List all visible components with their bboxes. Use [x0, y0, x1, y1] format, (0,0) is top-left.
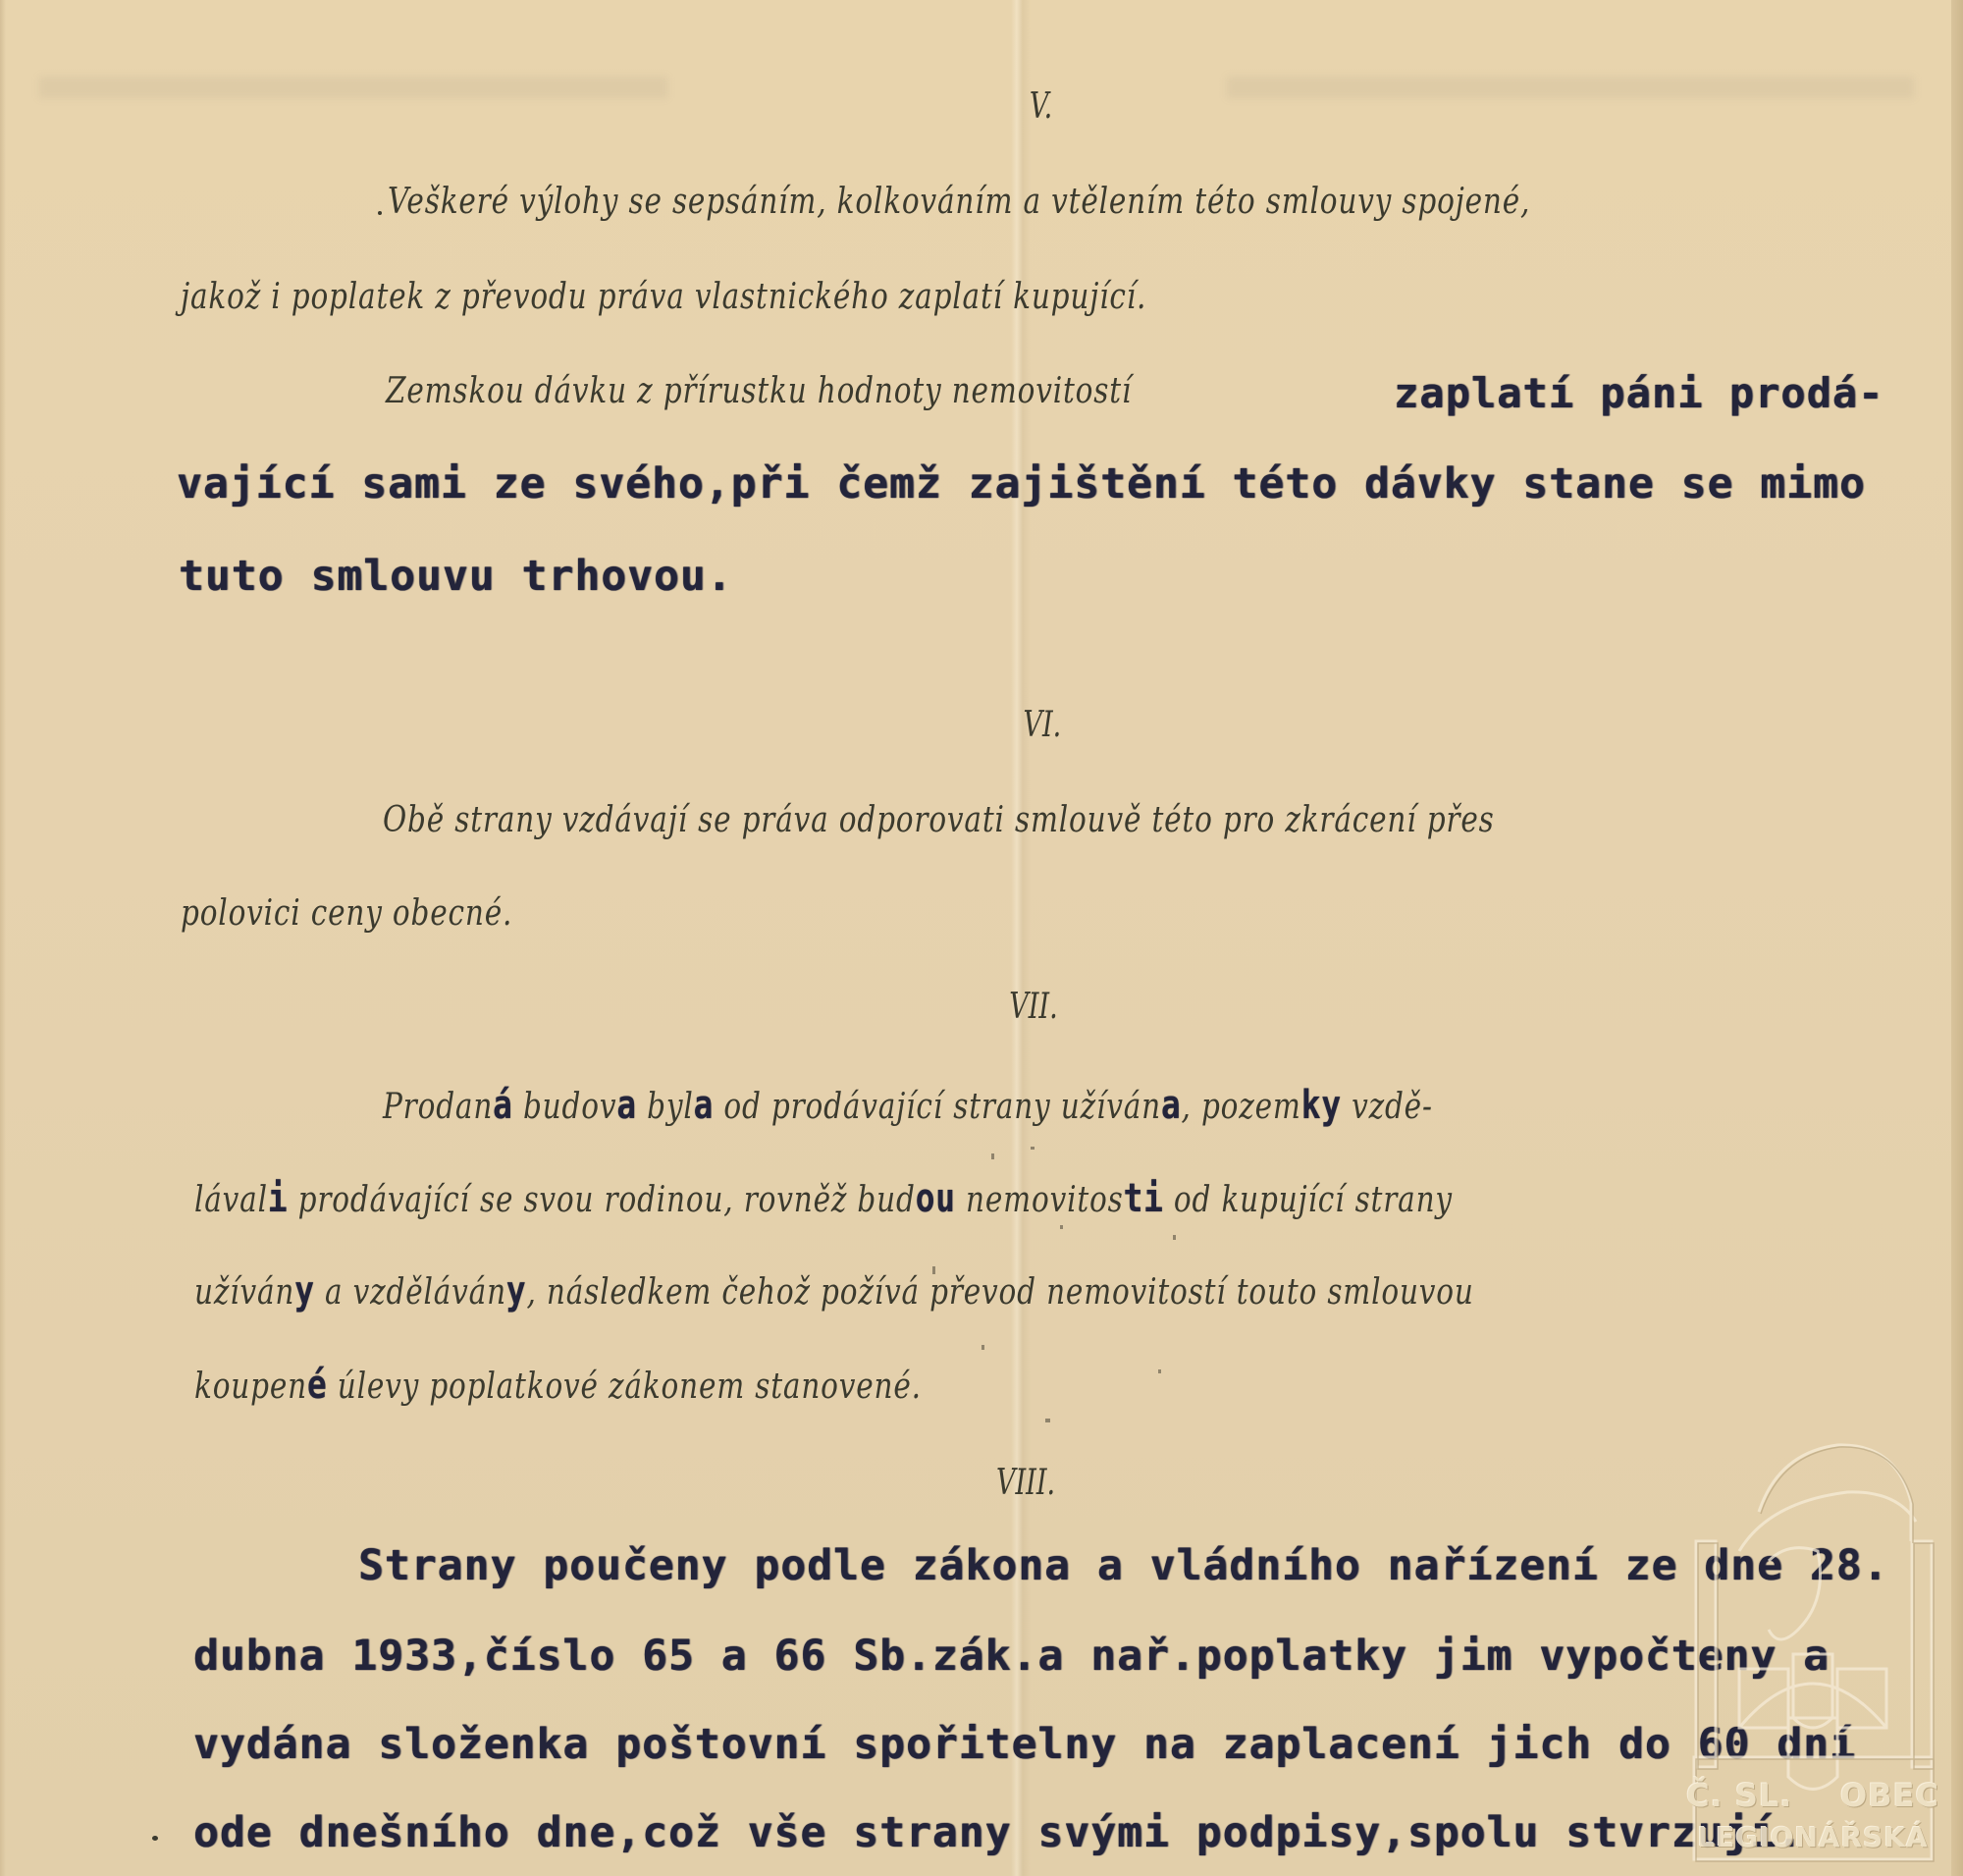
section-v-line-2: jakož i poplatek z převodu práva vlastni…: [181, 277, 1146, 317]
section-heading-v: V.: [1030, 86, 1052, 127]
seal-text-line2: LEGIONÁŘSKÁ: [1680, 1821, 1945, 1853]
ink-speck: [981, 1345, 984, 1350]
embossed-seal: Č. SL. OBEC LEGIONÁŘSKÁ: [1680, 1433, 1945, 1865]
page-left-edge: [0, 0, 6, 1876]
section-heading-viii: VIII.: [996, 1463, 1055, 1503]
section-heading-vii: VII.: [1009, 987, 1057, 1027]
ink-speck: [991, 1153, 994, 1159]
margin-dot: [152, 1836, 158, 1841]
document-page: V. Veškeré výlohy se sepsáním, kolkování…: [0, 0, 1963, 1876]
section-v-typed-2: vající sami ze svého,při čemž zajištění …: [177, 459, 1866, 509]
section-v-line-1: Veškeré výlohy se sepsáním, kolkováním a…: [388, 182, 1530, 222]
page-right-edge: [1951, 0, 1963, 1876]
section-viii-typed-3: vydána složenka poštovní spořitelny na z…: [193, 1720, 1856, 1769]
show-through-mark: [1227, 77, 1914, 98]
show-through-mark: [39, 77, 667, 98]
ink-speck: [1060, 1225, 1063, 1229]
section-vi-line-2: polovici ceny obecné.: [181, 893, 512, 934]
section-heading-vi: VI.: [1023, 705, 1061, 745]
margin-dot: [378, 211, 382, 215]
section-v-line-3: Zemskou dávku z přírustku hodnoty nemovi…: [386, 371, 1132, 411]
ink-speck: [1158, 1369, 1161, 1373]
section-viii-typed-1: Strany poučeny podle zákona a vládního n…: [358, 1541, 1889, 1590]
section-viii-typed-2: dubna 1933,číslo 65 a 66 Sb.zák.a nař.po…: [193, 1632, 1830, 1681]
ink-speck: [1173, 1235, 1176, 1240]
ink-speck: [932, 1266, 935, 1274]
section-vii-line-2: lávali prodávající se svou rodinou, rovn…: [194, 1176, 1453, 1221]
section-vii-line-4: koupené úlevy poplatkové zákonem stanove…: [194, 1363, 922, 1408]
ink-speck: [1045, 1419, 1050, 1422]
section-viii-typed-4: ode dnešního dne,což vše strany svými po…: [193, 1808, 1803, 1857]
section-v-typed-1: zaplatí páni prodá-: [1394, 369, 1883, 417]
section-v-typed-3: tuto smlouvu trhovou.: [179, 552, 733, 601]
section-vi-line-1: Obě strany vzdávají se práva odporovati …: [383, 800, 1495, 840]
section-vii-line-3: užívány a vzdělávány, následkem čehož po…: [194, 1268, 1474, 1313]
section-vii-line-1: Prodaná budova byla od prodávající stran…: [383, 1083, 1433, 1128]
seal-text-line1: Č. SL. OBEC: [1680, 1777, 1945, 1814]
ink-speck: [1031, 1147, 1035, 1150]
